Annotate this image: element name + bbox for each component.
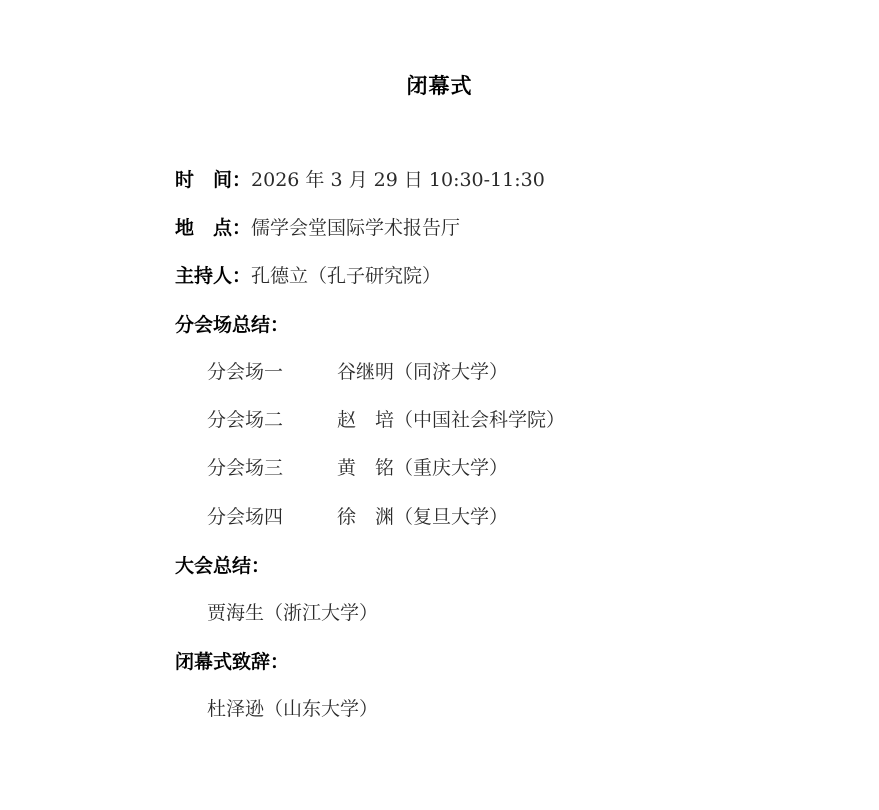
- general-summary-value: 贾海生（浙江大学）: [207, 601, 378, 625]
- host-label: 主持人：: [175, 265, 251, 287]
- general-summary-heading: 大会总结：: [175, 554, 270, 578]
- session-name: 分会场四: [207, 505, 337, 529]
- person-name: 黄铭: [337, 457, 394, 479]
- session-name: 分会场二: [207, 408, 337, 432]
- affiliation: （复旦大学）: [394, 506, 508, 528]
- document-title: 闭幕式: [0, 70, 879, 100]
- person-name: 谷继明: [337, 361, 394, 383]
- location-label: 地点：: [175, 217, 251, 239]
- session-name: 分会场一: [207, 360, 337, 384]
- affiliation: （中国社会科学院）: [394, 409, 565, 431]
- session-summary-item: 分会场三黄铭（重庆大学）: [207, 456, 508, 480]
- location-line: 地点：儒学会堂国际学术报告厅: [175, 216, 460, 240]
- host-value: 孔德立（孔子研究院）: [251, 265, 441, 287]
- person-name: 赵培: [337, 409, 394, 431]
- person-name: 徐渊: [337, 506, 394, 528]
- session-summary-item: 分会场四徐渊（复旦大学）: [207, 505, 508, 529]
- location-value: 儒学会堂国际学术报告厅: [251, 217, 460, 239]
- affiliation: （重庆大学）: [394, 457, 508, 479]
- closing-speech-value: 杜泽逊（山东大学）: [207, 697, 378, 721]
- session-name: 分会场三: [207, 456, 337, 480]
- time-line: 时间：2026 年 3 月 29 日 10:30-11:30: [175, 168, 545, 192]
- closing-speech-heading: 闭幕式致辞：: [175, 650, 289, 674]
- affiliation: （同济大学）: [394, 361, 508, 383]
- session-summary-item: 分会场一谷继明（同济大学）: [207, 360, 508, 384]
- session-summary-heading: 分会场总结：: [175, 313, 289, 337]
- time-label: 时间：: [175, 169, 251, 191]
- time-value: 2026 年 3 月 29 日 10:30-11:30: [251, 169, 545, 191]
- session-summary-item: 分会场二赵培（中国社会科学院）: [207, 408, 565, 432]
- host-line: 主持人：孔德立（孔子研究院）: [175, 264, 441, 288]
